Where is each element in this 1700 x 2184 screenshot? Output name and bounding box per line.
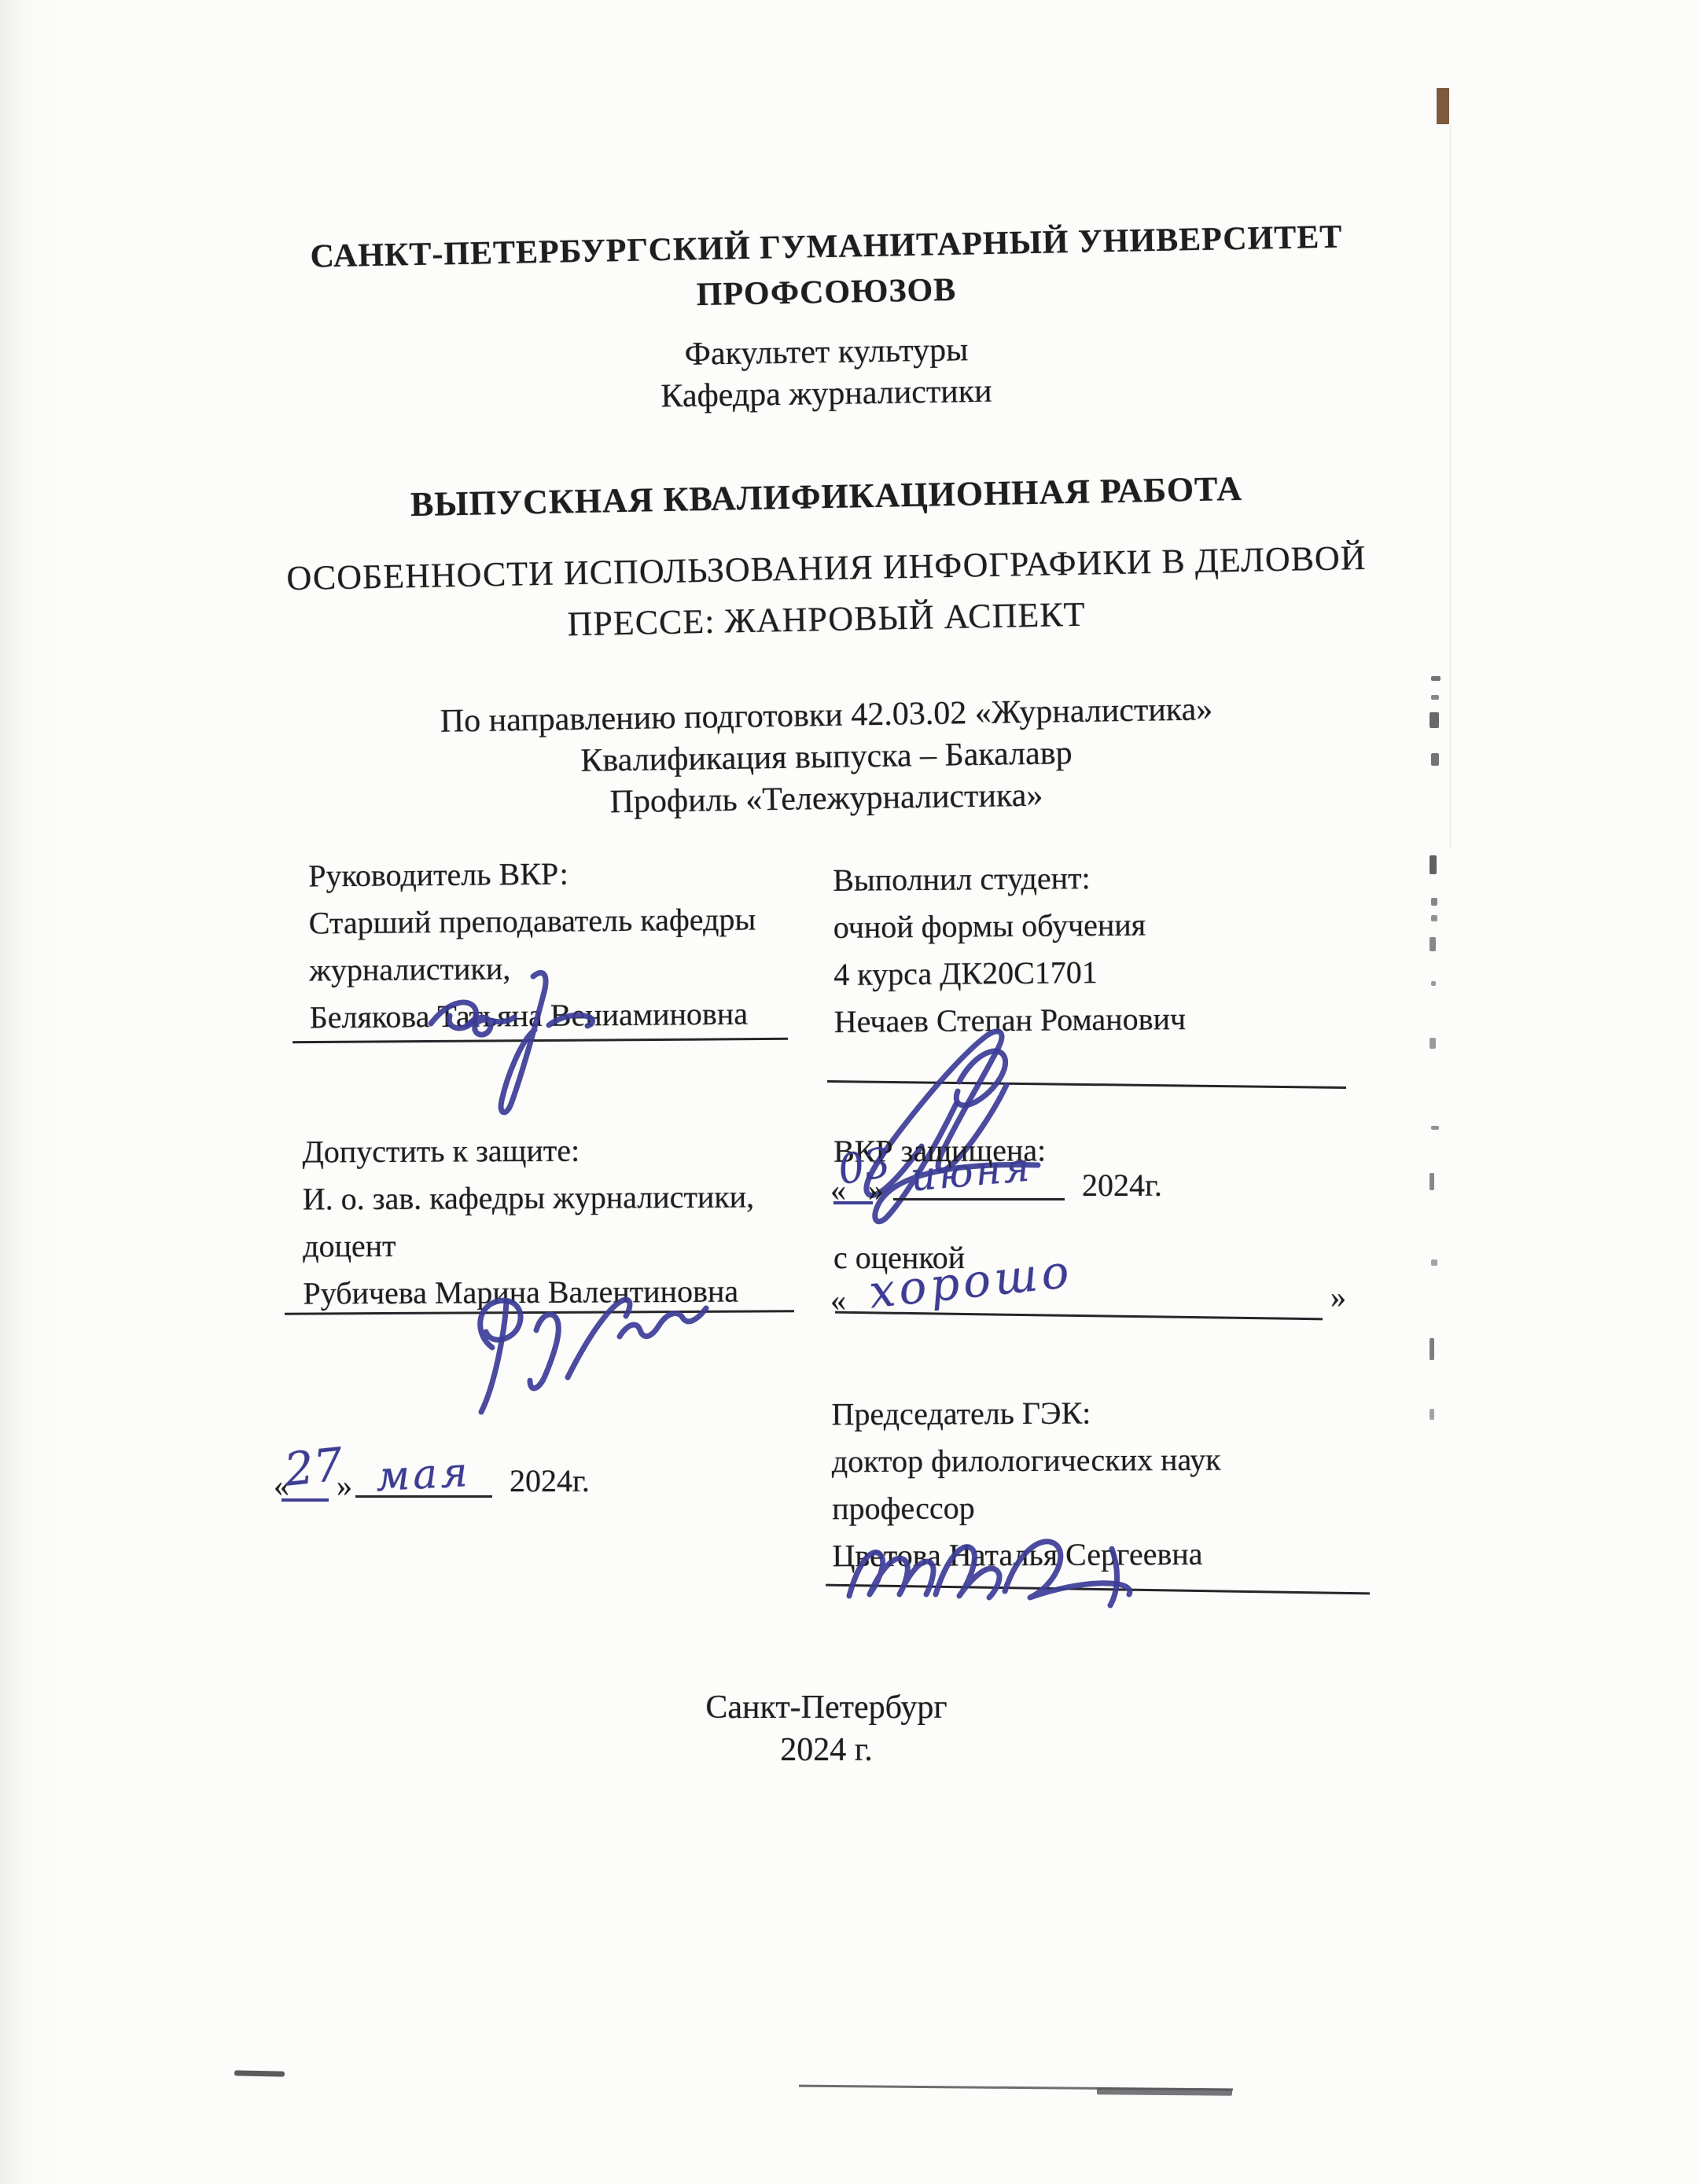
footer-year: 2024 г. bbox=[0, 1731, 1653, 1769]
scan-artifact bbox=[234, 2070, 285, 2076]
grade-quote-close: » bbox=[1330, 1278, 1346, 1315]
scan-artifact bbox=[1431, 676, 1441, 681]
supervisor-position-line1: Старший преподаватель кафедры bbox=[308, 896, 756, 947]
footer-city: Санкт-Петербург bbox=[0, 1689, 1653, 1726]
admission-day-underline bbox=[281, 1498, 329, 1502]
supervisor-signature-ink bbox=[425, 965, 645, 1146]
scan-artifact bbox=[1437, 88, 1449, 124]
scan-artifact bbox=[1430, 1173, 1434, 1190]
scan-artifact bbox=[1431, 1126, 1439, 1130]
defense-year: 2024г. bbox=[1082, 1167, 1162, 1204]
committee-degree: доктор филологических наук bbox=[832, 1436, 1221, 1486]
scan-artifact bbox=[1430, 1338, 1434, 1360]
supervisor-label: Руководитель ВКР: bbox=[308, 849, 756, 900]
defense-day-quote-close: » bbox=[868, 1171, 884, 1208]
scan-artifact bbox=[1431, 1259, 1437, 1266]
defense-day-handwritten: 03 bbox=[834, 1139, 894, 1195]
work-type-heading: ВЫПУСКНАЯ КВАЛИФИКАЦИОННАЯ РАБОТА bbox=[0, 461, 1653, 532]
admission-month-handwritten: мая bbox=[375, 1449, 473, 1501]
scan-artifact bbox=[1097, 2087, 1232, 2096]
student-study-form: очной формы обучения bbox=[833, 901, 1185, 951]
committee-signature-ink bbox=[835, 1503, 1165, 1637]
defense-day-underline bbox=[833, 1201, 873, 1204]
scan-artifact bbox=[1431, 915, 1437, 921]
admission-signature-ink bbox=[440, 1237, 723, 1434]
admission-day-quote-close: » bbox=[337, 1467, 352, 1504]
scan-artifact bbox=[1430, 1038, 1436, 1049]
scan-artifact bbox=[1431, 981, 1436, 986]
scan-artifact bbox=[1430, 937, 1436, 951]
student-course-group: 4 курса ДК20С1701 bbox=[833, 948, 1186, 998]
admission-year: 2024г. bbox=[510, 1462, 590, 1499]
scan-artifact bbox=[1430, 855, 1437, 874]
committee-label: Председатель ГЭК: bbox=[831, 1389, 1220, 1439]
scan-artifact bbox=[1430, 1409, 1434, 1420]
admission-position-line1: И. о. зав. кафедры журналистики, bbox=[303, 1173, 755, 1223]
student-label: Выполнил студент: bbox=[833, 854, 1185, 904]
admission-label: Допустить к защите: bbox=[302, 1126, 754, 1175]
scanned-title-page: САНКТ-ПЕТЕРБУРГСКИЙ ГУМАНИТАРНЫЙ УНИВЕРС… bbox=[0, 0, 1700, 2184]
scan-artifact bbox=[1431, 898, 1437, 906]
